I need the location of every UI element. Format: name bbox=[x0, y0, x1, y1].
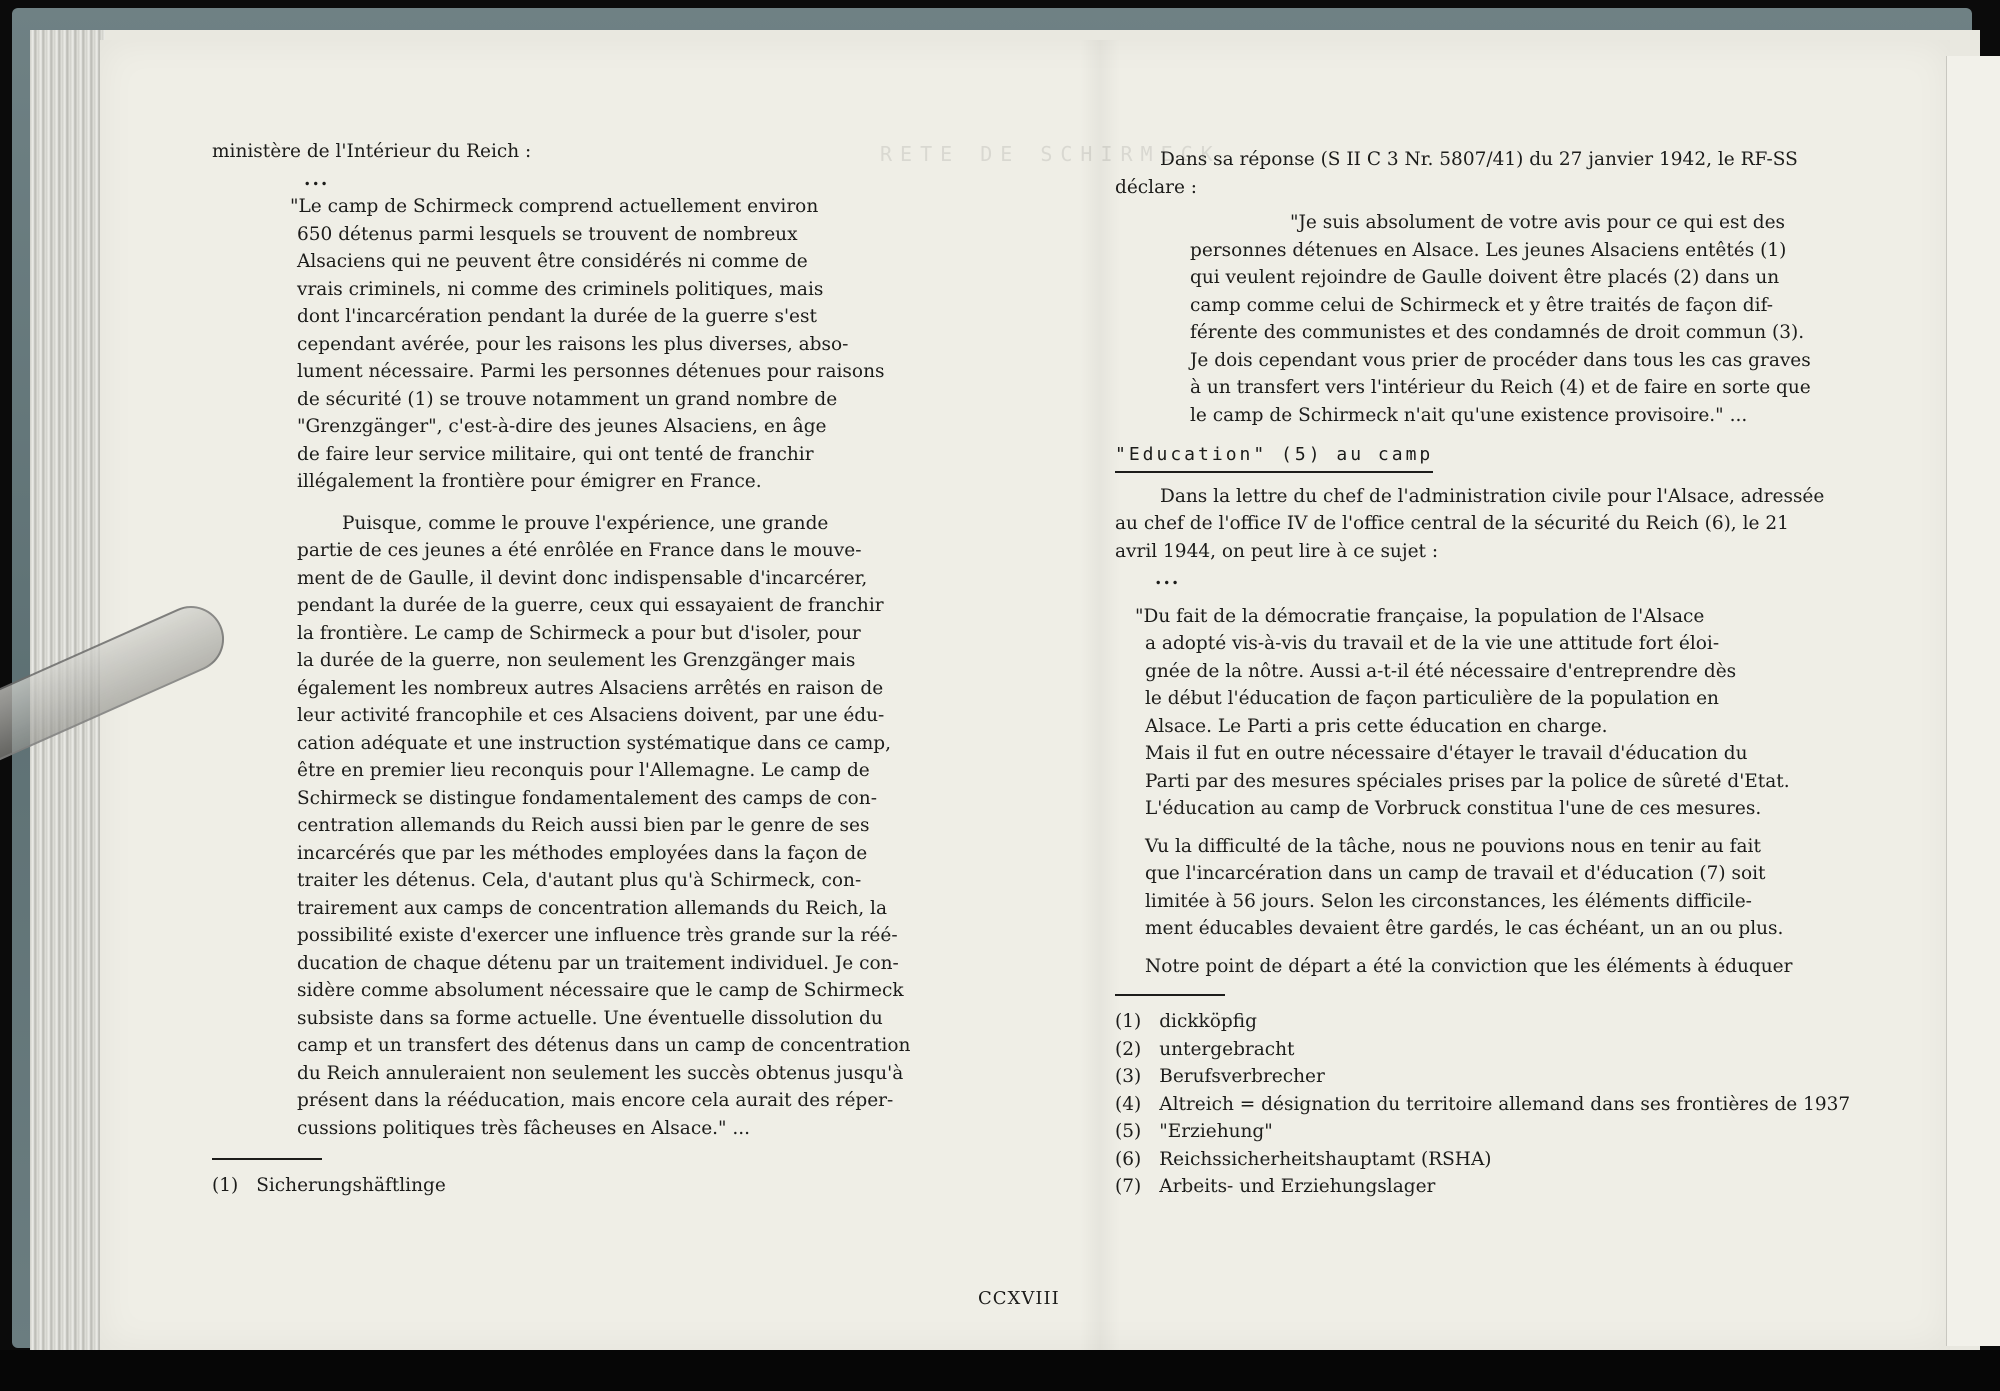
footnote-text: Arbeits- und Erziehungslager bbox=[1159, 1173, 1435, 1201]
footnote-number: (3) bbox=[1115, 1063, 1141, 1091]
quote-line: Parti par des mesures spéciales prises p… bbox=[1115, 768, 1875, 796]
quote-line: à un transfert vers l'intérieur du Reich… bbox=[1115, 374, 1875, 402]
quote-line: "Du fait de la démocratie française, la … bbox=[1115, 603, 1875, 631]
quote-line: vrais criminels, ni comme des criminels … bbox=[212, 276, 932, 304]
quote-line: dont l'incarcération pendant la durée de… bbox=[212, 303, 932, 331]
paragraph-line: trairement aux camps de concentration al… bbox=[212, 895, 932, 923]
footnote-item: (1) Sicherungshäftlinge bbox=[212, 1172, 932, 1200]
quote-line: 650 détenus parmi lesquels se trouvent d… bbox=[212, 221, 932, 249]
quote-line: illégalement la frontière pour émigrer e… bbox=[212, 468, 932, 496]
footnote-text: Reichssicherheitshauptamt (RSHA) bbox=[1159, 1146, 1491, 1174]
gutter-shadow bbox=[1080, 40, 1120, 1350]
quote-line: Notre point de départ a été la convictio… bbox=[1115, 953, 1875, 981]
footnote-number: (6) bbox=[1115, 1146, 1141, 1174]
paragraph-line: possibilité existe d'exercer une influen… bbox=[212, 922, 932, 950]
quote-line: camp comme celui de Schirmeck et y être … bbox=[1115, 292, 1875, 320]
paragraph-line: partie de ces jeunes a été enrôlée en Fr… bbox=[212, 537, 932, 565]
footnote-item: (4) Altreich = désignation du territoire… bbox=[1115, 1091, 1875, 1119]
section-heading: "Education" (5) au camp bbox=[1115, 441, 1433, 473]
footnote-number: (4) bbox=[1115, 1091, 1141, 1119]
paragraph-line: ducation de chaque détenu par un traitem… bbox=[212, 950, 932, 978]
footnote-number: (2) bbox=[1115, 1036, 1141, 1064]
quote-line: lument nécessaire. Parmi les personnes d… bbox=[212, 358, 932, 386]
next-page-edge bbox=[1946, 56, 2000, 1346]
quote-block: "Le camp de Schirmeck comprend actuellem… bbox=[212, 193, 932, 1142]
paragraph-line: leur activité francophile et ces Alsacie… bbox=[212, 702, 932, 730]
quote-line: de faire leur service militaire, qui ont… bbox=[212, 441, 932, 469]
paragraph-line: cation adéquate et une instruction systé… bbox=[212, 730, 932, 758]
quote-line: "Grenzgänger", c'est-à-dire des jeunes A… bbox=[212, 413, 932, 441]
footnote-rule bbox=[1115, 994, 1225, 996]
paragraph-line: incarcérés que par les méthodes employée… bbox=[212, 840, 932, 868]
footnote-text: "Erziehung" bbox=[1159, 1118, 1273, 1146]
paragraph-line: camp et un transfert des détenus dans un… bbox=[212, 1032, 932, 1060]
paragraph-line: présent dans la rééducation, mais encore… bbox=[212, 1087, 932, 1115]
quote-line: a adopté vis-à-vis du travail et de la v… bbox=[1115, 630, 1875, 658]
quote-line: Alsaciens qui ne peuvent être considérés… bbox=[212, 248, 932, 276]
paragraph-line: être en premier lieu reconquis pour l'Al… bbox=[212, 757, 932, 785]
quote-line: ment éducables devaient être gardés, le … bbox=[1115, 915, 1875, 943]
paragraph-line: du Reich annuleraient non seulement les … bbox=[212, 1060, 932, 1088]
quote-line: cependant avérée, pour les raisons les p… bbox=[212, 331, 932, 359]
paragraph-line: subsiste dans sa forme actuelle. Une éve… bbox=[212, 1005, 932, 1033]
quote-line: personnes détenues en Alsace. Les jeunes… bbox=[1115, 237, 1875, 265]
ellipsis: ... bbox=[212, 166, 932, 194]
left-column: ministère de l'Intérieur du Reich : ... … bbox=[212, 138, 932, 1200]
footnote-text: Sicherungshäftlinge bbox=[256, 1172, 446, 1200]
footnote-item: (2) untergebracht bbox=[1115, 1036, 1875, 1064]
paragraph-line: traiter les détenus. Cela, d'autant plus… bbox=[212, 867, 932, 895]
footnote-number: (5) bbox=[1115, 1118, 1141, 1146]
ellipsis: ... bbox=[1115, 565, 1875, 593]
quote-line: Mais il fut en outre nécessaire d'étayer… bbox=[1115, 740, 1875, 768]
quote-line: "Le camp de Schirmeck comprend actuellem… bbox=[212, 193, 932, 221]
footnote-item: (6) Reichssicherheitshauptamt (RSHA) bbox=[1115, 1146, 1875, 1174]
bottom-shadow bbox=[0, 1350, 2000, 1391]
quote-line: "Je suis absolument de votre avis pour c… bbox=[1115, 209, 1875, 237]
footnote-number: (7) bbox=[1115, 1173, 1141, 1201]
quote-line: le camp de Schirmeck n'ait qu'une existe… bbox=[1115, 402, 1875, 430]
footnote-item: (7) Arbeits- und Erziehungslager bbox=[1115, 1173, 1875, 1201]
quote-line: Je dois cependant vous prier de procéder… bbox=[1115, 347, 1875, 375]
paragraph-line: centration allemands du Reich aussi bien… bbox=[212, 812, 932, 840]
footnote-rule bbox=[212, 1158, 322, 1160]
quote-line: Alsace. Le Parti a pris cette éducation … bbox=[1115, 713, 1875, 741]
footnote-item: (5) "Erziehung" bbox=[1115, 1118, 1875, 1146]
quote-line: gnée de la nôtre. Aussi a-t-il été néces… bbox=[1115, 658, 1875, 686]
paragraph-first-line: Puisque, comme le prouve l'expérience, u… bbox=[212, 510, 932, 538]
paragraph-line: la durée de la guerre, non seulement les… bbox=[212, 647, 932, 675]
footnote-text: untergebracht bbox=[1159, 1036, 1294, 1064]
footnote-text: dickköpfig bbox=[1159, 1008, 1257, 1036]
quote-line: Vu la difficulté de la tâche, nous ne po… bbox=[1115, 833, 1875, 861]
right-column: Dans sa réponse (S II C 3 Nr. 5807/41) d… bbox=[1115, 146, 1875, 1201]
quote-line: qui veulent rejoindre de Gaulle doivent … bbox=[1115, 264, 1875, 292]
paragraph-line: Schirmeck se distingue fondamentalement … bbox=[212, 785, 932, 813]
quote-line: férente des communistes et des condamnés… bbox=[1115, 319, 1875, 347]
footnote-text: Berufsverbrecher bbox=[1159, 1063, 1325, 1091]
quote-line: le début l'éducation de façon particuliè… bbox=[1115, 685, 1875, 713]
paragraph-line: ment de de Gaulle, il devint donc indisp… bbox=[212, 565, 932, 593]
footnote-text: Altreich = désignation du territoire all… bbox=[1159, 1091, 1850, 1119]
quote-line: L'éducation au camp de Vorbruck constitu… bbox=[1115, 795, 1875, 823]
intro-line: ministère de l'Intérieur du Reich : bbox=[212, 138, 932, 166]
footnote-item: (3) Berufsverbrecher bbox=[1115, 1063, 1875, 1091]
quote-line: de sécurité (1) se trouve notamment un g… bbox=[212, 386, 932, 414]
paragraph-line: sidère comme absolument nécessaire que l… bbox=[212, 977, 932, 1005]
intro-line: Dans sa réponse (S II C 3 Nr. 5807/41) d… bbox=[1115, 146, 1875, 174]
paragraph-line: également les nombreux autres Alsaciens … bbox=[212, 675, 932, 703]
quote-line: que l'incarcération dans un camp de trav… bbox=[1115, 860, 1875, 888]
section-intro-line: au chef de l'office IV de l'office centr… bbox=[1115, 510, 1875, 538]
quote-line: limitée à 56 jours. Selon les circonstan… bbox=[1115, 888, 1875, 916]
section-intro-line: avril 1944, on peut lire à ce sujet : bbox=[1115, 538, 1875, 566]
intro-line: déclare : bbox=[1115, 174, 1875, 202]
section-intro-line: Dans la lettre du chef de l'administrati… bbox=[1115, 483, 1875, 511]
footnote-number: (1) bbox=[1115, 1008, 1141, 1036]
footnote-item: (1) dickköpfig bbox=[1115, 1008, 1875, 1036]
footnote-number: (1) bbox=[212, 1172, 238, 1200]
paragraph-line: pendant la durée de la guerre, ceux qui … bbox=[212, 592, 932, 620]
page-number: CCXVIII bbox=[978, 1288, 1060, 1309]
paragraph-line: cussions politiques très fâcheuses en Al… bbox=[212, 1115, 932, 1143]
paragraph-line: la frontière. Le camp de Schirmeck a pou… bbox=[212, 620, 932, 648]
